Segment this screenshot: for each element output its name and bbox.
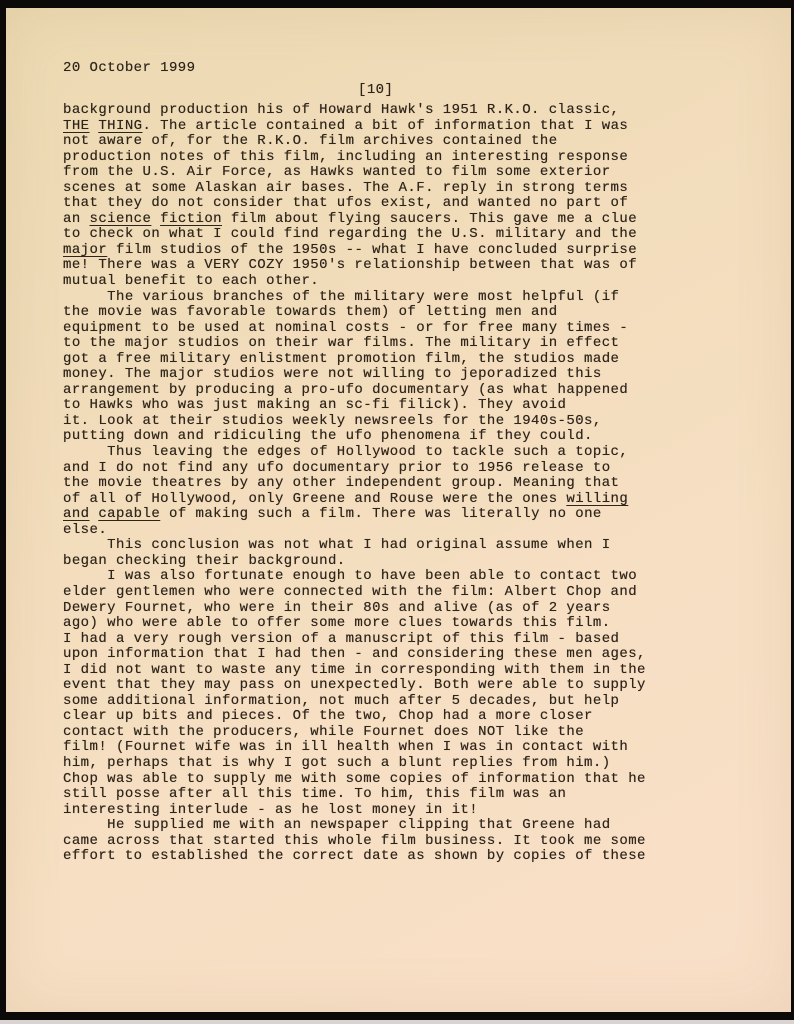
text-line: The various branches of the military wer… [63,290,723,306]
text-segment: mutual benefit to each other. [63,273,319,289]
text-line: to check on what I could find regarding … [63,227,723,243]
text-line: I had a very rough version of a manuscri… [63,632,723,648]
text-segment: I did not want to waste any time in corr… [63,662,646,678]
text-segment: and I do not find any ufo documentary pr… [63,460,611,476]
text-segment: got a free military enlistment promotion… [63,351,619,367]
page-number: [10] [358,82,393,98]
text-line: else. [63,523,723,539]
text-segment: I was also fortunate enough to have been… [63,568,637,584]
text-line: not aware of, for the R.K.O. film archiv… [63,134,723,150]
text-segment: film about flying saucers. This gave me … [222,211,637,227]
text-line: elder gentlemen who were connected with … [63,585,723,601]
text-segment: not aware of, for the R.K.O. film archiv… [63,133,558,149]
document-date: 20 October 1999 [63,60,195,76]
text-segment: to check on what I could find regarding … [63,226,637,242]
text-line: background production his of Howard Hawk… [63,103,723,119]
text-segment: some additional information, not much af… [63,693,619,709]
text-line: the movie was favorable towards them) of… [63,305,723,321]
text-segment: an [63,211,90,227]
underlined-text: and [63,506,90,522]
underlined-text: major [63,242,107,258]
text-line: got a free military enlistment promotion… [63,352,723,368]
text-segment: that they do not consider that ufos exis… [63,195,628,211]
text-segment: from the U.S. Air Force, as Hawks wanted… [63,164,611,180]
text-segment: to Hawks who was just making an sc-fi fi… [63,397,566,413]
text-line: Dewery Fournet, who were in their 80s an… [63,601,723,617]
text-segment: He supplied me with an newspaper clippin… [63,817,611,833]
text-line: Chop was able to supply me with some cop… [63,772,723,788]
text-segment: putting down and ridiculing the ufo phen… [63,428,593,444]
text-segment: Thus leaving the edges of Hollywood to t… [63,444,628,460]
text-line: some additional information, not much af… [63,694,723,710]
text-segment: film studios of the 1950s -- what I have… [107,242,637,258]
text-line: to Hawks who was just making an sc-fi fi… [63,398,723,414]
text-line: still posse after all this time. To him,… [63,787,723,803]
underlined-text: science [90,211,152,227]
text-line: upon information that I had then - and c… [63,647,723,663]
text-segment: it. Look at their studios weekly newsree… [63,413,602,429]
text-line: I did not want to waste any time in corr… [63,663,723,679]
text-segment: elder gentlemen who were connected with … [63,584,637,600]
underlined-text: capable [98,506,160,522]
text-segment: began checking their background. [63,553,346,569]
text-line: clear up bits and pieces. Of the two, Ch… [63,709,723,725]
text-segment: arrangement by producing a pro-ufo docum… [63,382,628,398]
scanned-document: { "document": { "date": "20 October 1999… [0,0,794,1024]
text-line: and capable of making such a film. There… [63,507,723,523]
text-segment: . The article contained a bit of informa… [143,118,629,134]
text-line: scenes at some Alaskan air bases. The A.… [63,181,723,197]
text-line: to the major studios on their war films.… [63,336,723,352]
text-segment: This conclusion was not what I had origi… [63,537,611,553]
text-segment: me! There was a VERY COZY 1950's relatio… [63,257,637,273]
text-segment: equipment to be used at nominal costs - … [63,320,628,336]
text-line: interesting interlude - as he lost money… [63,803,723,819]
text-line: event that they may pass on unexpectedly… [63,678,723,694]
text-segment: the movie theatres by any other independ… [63,475,619,491]
text-line: film! (Fournet wife was in ill health wh… [63,740,723,756]
underlined-text: THE [63,118,90,134]
text-segment: him, perhaps that is why I got such a bl… [63,755,611,771]
text-segment: background production his of Howard Hawk… [63,102,619,118]
text-line: him, perhaps that is why I got such a bl… [63,756,723,772]
scan-bottom-edge [0,1020,794,1024]
text-segment: event that they may pass on unexpectedly… [63,677,646,693]
text-line: came across that started this whole film… [63,834,723,850]
text-segment: film! (Fournet wife was in ill health wh… [63,739,628,755]
text-segment: else. [63,522,107,538]
text-line: money. The major studios were not willin… [63,367,723,383]
text-segment: upon information that I had then - and c… [63,646,646,662]
document-page: 20 October 1999 [10] background producti… [6,8,791,1012]
text-segment: to the major studios on their war films.… [63,335,619,351]
text-line: He supplied me with an newspaper clippin… [63,818,723,834]
text-segment: Chop was able to supply me with some cop… [63,771,646,787]
text-line: equipment to be used at nominal costs - … [63,321,723,337]
underlined-text: willing [566,491,628,507]
text-line: I was also fortunate enough to have been… [63,569,723,585]
text-line: effort to established the correct date a… [63,849,723,865]
text-line: This conclusion was not what I had origi… [63,538,723,554]
text-segment [151,211,160,227]
text-segment: the movie was favorable towards them) of… [63,304,558,320]
text-line: that they do not consider that ufos exis… [63,196,723,212]
text-segment: money. The major studios were not willin… [63,366,602,382]
text-line: and I do not find any ufo documentary pr… [63,461,723,477]
text-line: mutual benefit to each other. [63,274,723,290]
text-segment: of making such a film. There was literal… [160,506,602,522]
text-line: the movie theatres by any other independ… [63,476,723,492]
text-segment: still posse after all this time. To him,… [63,786,566,802]
text-segment: contact with the producers, while Fourne… [63,724,584,740]
underlined-text: fiction [160,211,222,227]
text-line: putting down and ridiculing the ufo phen… [63,429,723,445]
text-segment: The various branches of the military wer… [63,289,619,305]
text-segment: of all of Hollywood, only Greene and Rou… [63,491,566,507]
text-segment: ago) who were able to offer some more cl… [63,615,611,631]
text-line: of all of Hollywood, only Greene and Rou… [63,492,723,508]
text-line: ago) who were able to offer some more cl… [63,616,723,632]
underlined-text: THING [98,118,142,134]
text-line: THE THING. The article contained a bit o… [63,119,723,135]
text-line: Thus leaving the edges of Hollywood to t… [63,445,723,461]
text-segment: came across that started this whole film… [63,833,646,849]
text-segment: interesting interlude - as he lost money… [63,802,478,818]
text-segment: clear up bits and pieces. Of the two, Ch… [63,708,593,724]
text-line: from the U.S. Air Force, as Hawks wanted… [63,165,723,181]
text-line: production notes of this film, including… [63,150,723,166]
text-line: me! There was a VERY COZY 1950's relatio… [63,258,723,274]
document-body: background production his of Howard Hawk… [63,103,723,865]
text-segment: production notes of this film, including… [63,149,628,165]
text-segment: I had a very rough version of a manuscri… [63,631,619,647]
text-segment: scenes at some Alaskan air bases. The A.… [63,180,628,196]
text-segment: effort to established the correct date a… [63,848,646,864]
text-segment: Dewery Fournet, who were in their 80s an… [63,600,611,616]
